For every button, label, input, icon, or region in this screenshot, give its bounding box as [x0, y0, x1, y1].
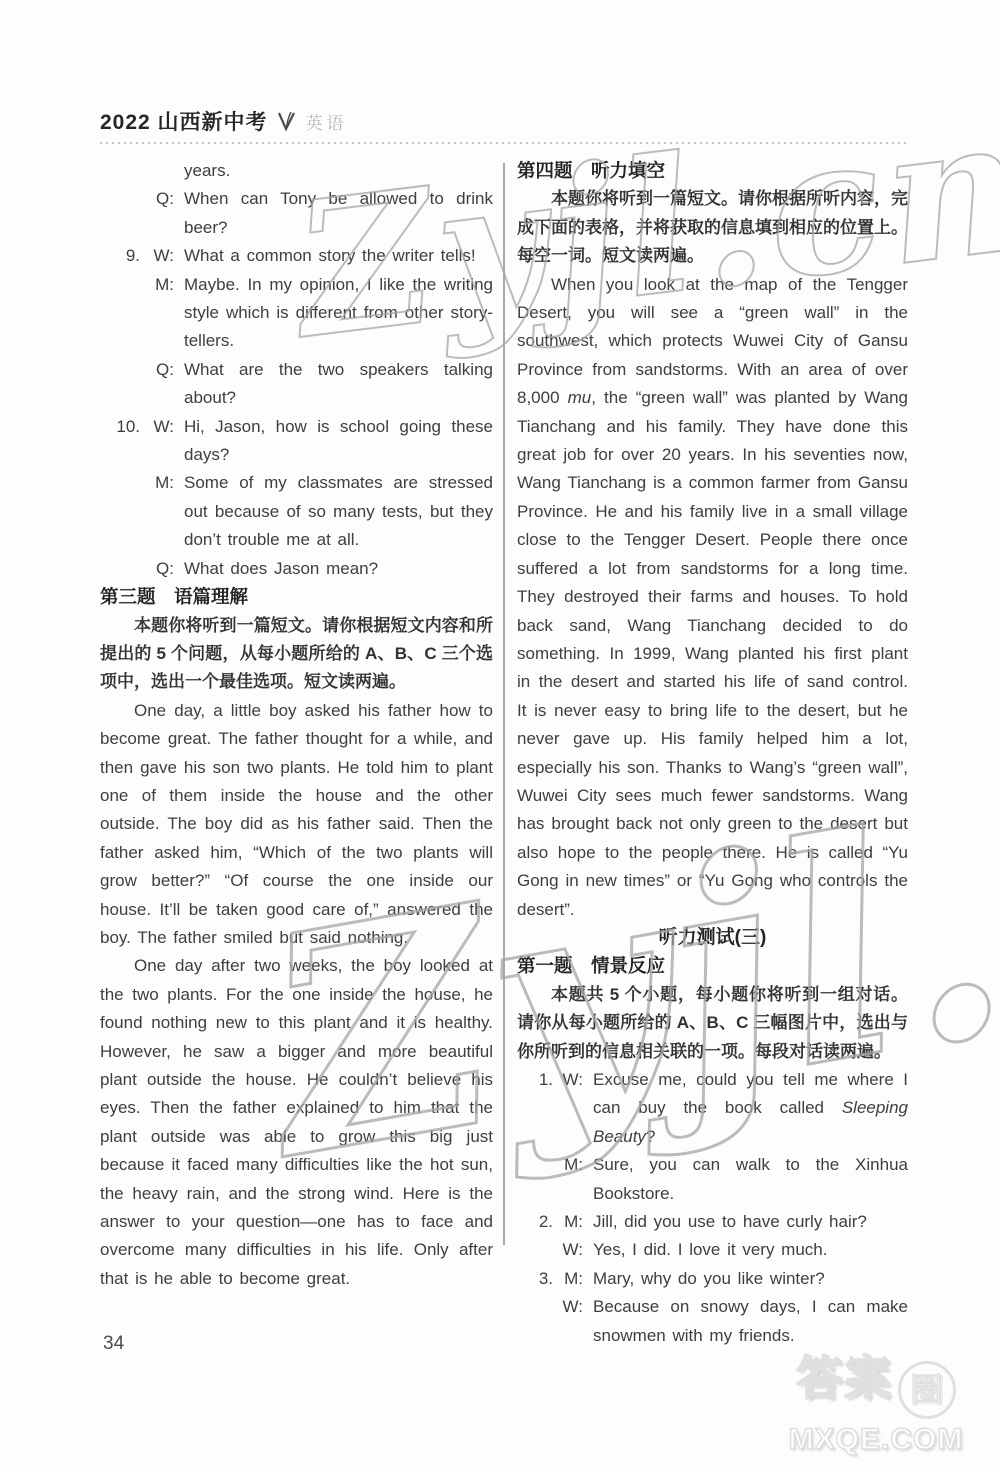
feather-logo-icon	[276, 110, 298, 132]
dialog-line: 1. W: Excuse me, could you tell me where…	[517, 1066, 908, 1151]
header-edition-title: 2022 山西新中考	[100, 106, 268, 136]
dialog-line: years.	[100, 157, 493, 185]
dialog-line: 3. M: Mary, why do you like winter?	[517, 1265, 908, 1293]
section3-passage-paragraph-1: One day, a little boy asked his father h…	[100, 697, 493, 953]
dialog-line: 10. W: Hi, Jason, how is school going th…	[100, 413, 493, 470]
header-dotted-rule	[100, 142, 906, 144]
italic-term: mu	[568, 388, 592, 407]
section4-passage: When you look at the map of the Tengger …	[517, 271, 908, 924]
header-subject-label: 英语	[306, 109, 348, 134]
dialog-line: Q: When can Tony be allowed to drink bee…	[100, 185, 493, 242]
section3-instructions: 本题你将听到一篇短文。请你根据短文内容和所提出的 5 个问题，从每小题所给的 A…	[100, 612, 493, 697]
column-divider	[503, 163, 505, 1245]
answer-brand-circled-char: 圈	[898, 1361, 956, 1419]
page-header: 2022 山西新中考 英语	[100, 106, 348, 136]
section3-heading: 第三题 语篇理解	[100, 583, 493, 611]
listening-test3-heading: 听力测试(三)	[517, 924, 908, 952]
dialog-line: M: Some of my classmates are stressed ou…	[100, 469, 493, 554]
dialog-line: 2. M: Jill, did you use to have curly ha…	[517, 1208, 908, 1236]
dialog-line: Q: What are the two speakers talking abo…	[100, 356, 493, 413]
dialog-line: Q: What does Jason mean?	[100, 555, 493, 583]
left-column: years. Q: When can Tony be allowed to dr…	[100, 157, 493, 1293]
page-number: 34	[103, 1333, 124, 1355]
brand-domain-text: MXQE.COM	[756, 1423, 996, 1457]
dialog-line: M: Maybe. In my opinion, I like the writ…	[100, 271, 493, 356]
section4-heading: 第四题 听力填空	[517, 157, 908, 185]
right-column: 第四题 听力填空 本题你将听到一篇短文。请你根据所听内容，完成下面的表格，并将获…	[517, 157, 908, 1350]
section4-instructions: 本题你将听到一篇短文。请你根据所听内容，完成下面的表格，并将获取的信息填到相应的…	[517, 185, 908, 270]
test3-section1-instructions: 本题共 5 个小题，每小题你将听到一组对话。请你从每小题所给的 A、B、C 三幅…	[517, 981, 908, 1066]
dialog-line: 9. W: What a common story the writer tel…	[100, 242, 493, 270]
dialog-line: M: Sure, you can walk to the Xinhua Book…	[517, 1151, 908, 1208]
dialog-line: W: Yes, I did. I love it very much.	[517, 1236, 908, 1264]
test3-section1-heading: 第一题 情景反应	[517, 952, 908, 980]
answer-brand-logo: 答案圈 MXQE.COM	[756, 1342, 996, 1457]
section3-passage-paragraph-2: One day after two weeks, the boy looked …	[100, 952, 493, 1293]
answer-brand-text: 答案	[797, 1352, 893, 1404]
